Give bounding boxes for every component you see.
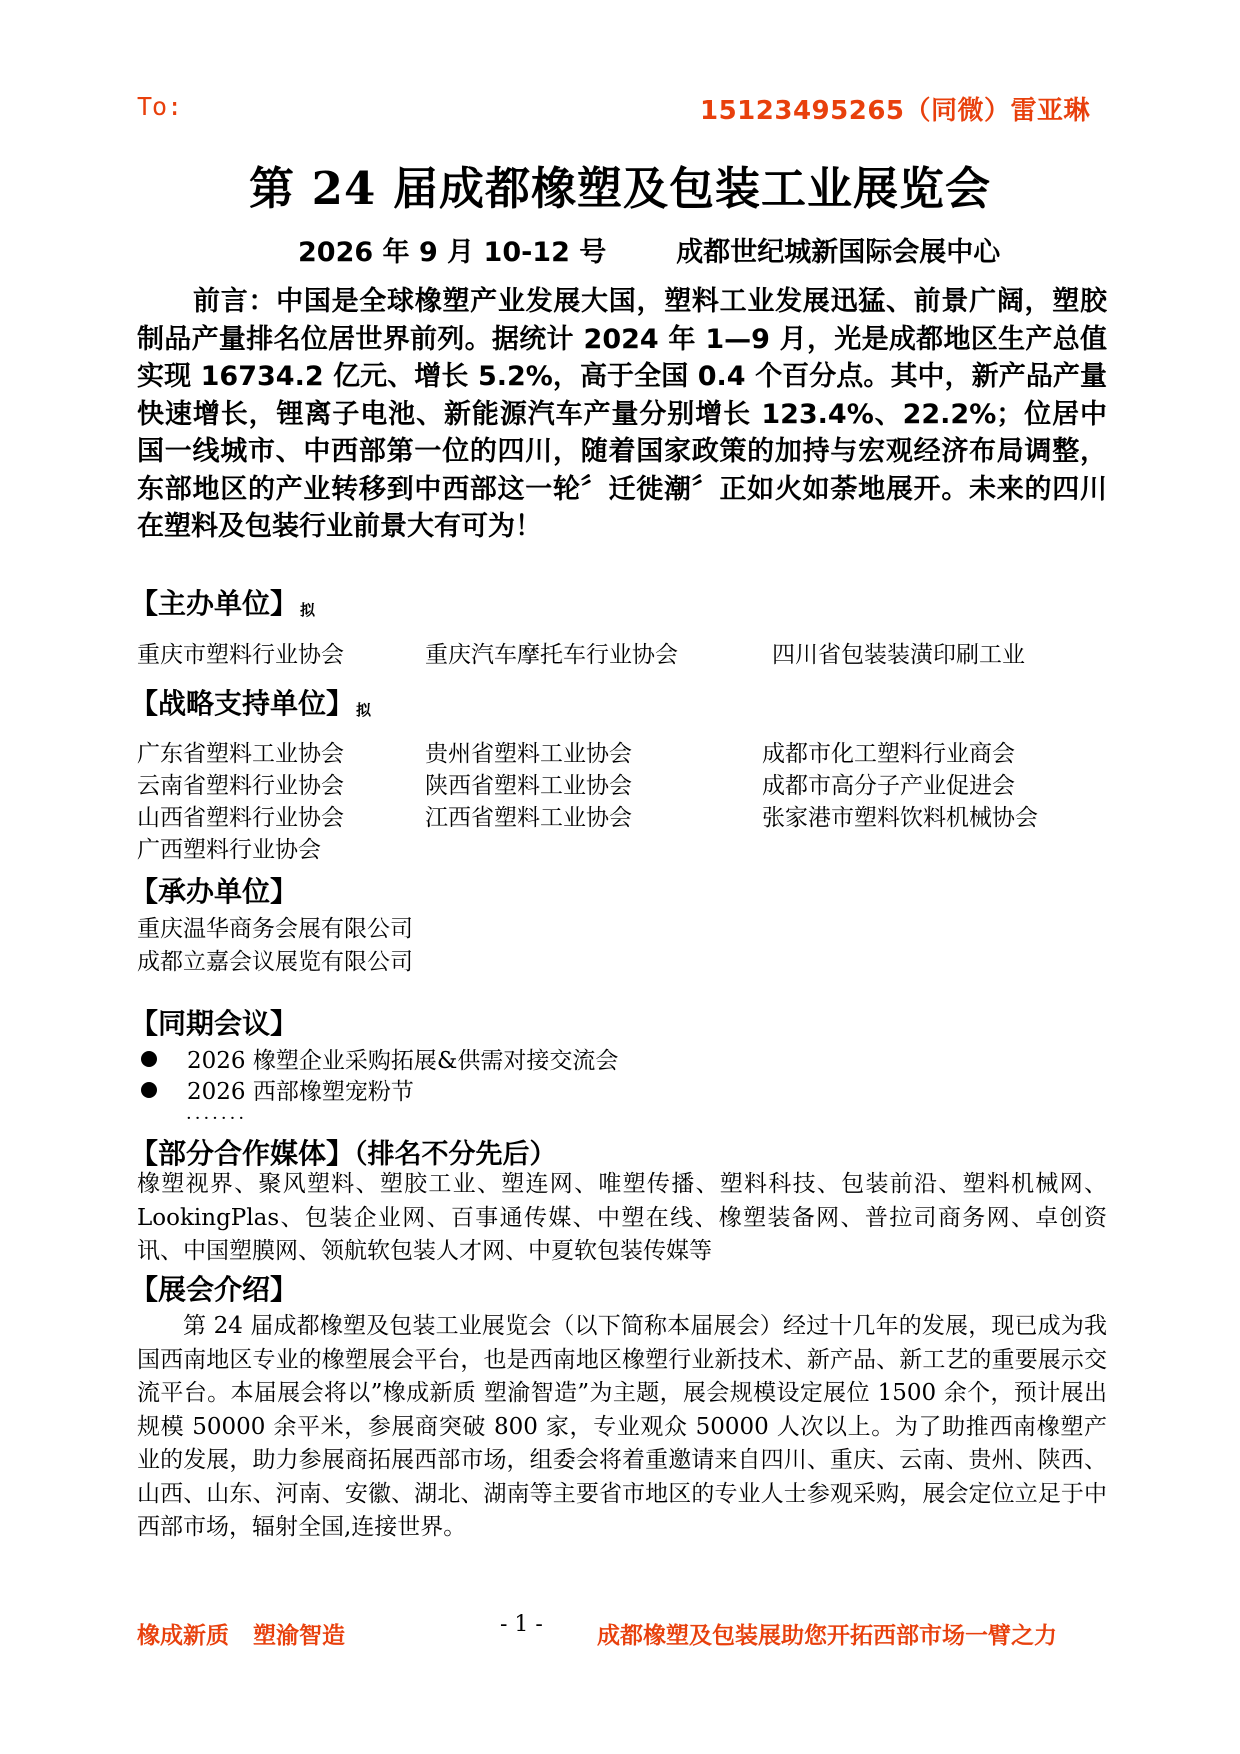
supporter-item: 广东省塑料工业协会 bbox=[137, 735, 344, 768]
concurrent-item: 2026 西部橡塑宠粉节 bbox=[137, 1073, 414, 1106]
bullet-icon bbox=[141, 1051, 157, 1067]
footer-tagline: 成都橡塑及包装展助您开拓西部市场一臂之力 bbox=[597, 1617, 1057, 1650]
supporter-item: 云南省塑料行业协会 bbox=[137, 767, 344, 800]
supporter-item: 广西塑料行业协会 bbox=[137, 831, 321, 864]
supporter-item: 江西省塑料工业协会 bbox=[425, 799, 632, 832]
supporter-item: 山西省塑料行业协会 bbox=[137, 799, 344, 832]
expo-intro-heading: 【展会介绍】 bbox=[130, 1268, 298, 1308]
page-number: - 1 - bbox=[500, 1612, 543, 1637]
event-subtitle: 2026 年 9 月 10-12 号成都世纪城新国际会展中心 bbox=[298, 230, 1000, 269]
tentative-note: 拟 bbox=[300, 601, 315, 619]
organizer-item: 重庆汽车摩托车行业协会 bbox=[425, 636, 678, 669]
tentative-note: 拟 bbox=[356, 701, 371, 719]
supporter-item: 张家港市塑料饮料机械协会 bbox=[762, 799, 1038, 832]
concurrent-item: 2026 橡塑企业采购拓展&供需对接交流会 bbox=[137, 1042, 618, 1075]
expo-intro-paragraph: 第 24 届成都橡塑及包装工业展览会（以下简称本届展会）经过十几年的发展，现已成… bbox=[137, 1310, 1107, 1545]
bullet-icon bbox=[141, 1082, 157, 1098]
concurrent-heading: 【同期会议】 bbox=[130, 1002, 298, 1042]
footer-slogan: 橡成新质塑渝智造 bbox=[137, 1617, 345, 1650]
supporter-item: 成都市化工塑料行业商会 bbox=[762, 735, 1015, 768]
supporter-item: 成都市高分子产业促进会 bbox=[762, 767, 1015, 800]
media-list: 橡塑视界、聚风塑料、塑胶工业、塑连网、唯塑传播、塑料科技、包装前沿、塑料机械网、… bbox=[137, 1168, 1107, 1269]
contact-info: 15123495265（同微）雷亚琳 bbox=[700, 90, 1090, 127]
undertakers-heading: 【承办单位】 bbox=[130, 870, 298, 910]
media-note: （排名不分先后） bbox=[354, 1139, 557, 1170]
organizer-item: 重庆市塑料行业协会 bbox=[137, 636, 344, 669]
ellipsis: ······· bbox=[186, 1108, 247, 1129]
supporters-heading: 【战略支持单位】拟 bbox=[130, 682, 371, 722]
undertaker-item: 成都立嘉会议展览有限公司 bbox=[137, 943, 413, 976]
page-title: 第 24 届成都橡塑及包装工业展览会 bbox=[0, 152, 1240, 217]
organizers-heading: 【主办单位】拟 bbox=[130, 582, 315, 622]
preface-paragraph: 前言：中国是全球橡塑产业发展大国，塑料工业发展迅猛、前景广阔，塑胶制品产量排名位… bbox=[137, 283, 1107, 546]
media-heading: 【部分合作媒体】（排名不分先后） bbox=[130, 1132, 557, 1172]
event-venue: 成都世纪城新国际会展中心 bbox=[676, 237, 1000, 268]
undertaker-item: 重庆温华商务会展有限公司 bbox=[137, 910, 413, 943]
supporter-item: 贵州省塑料工业协会 bbox=[425, 735, 632, 768]
organizer-item: 四川省包装装潢印刷工业 bbox=[772, 636, 1025, 669]
to-label: To: bbox=[137, 92, 182, 121]
event-date: 2026 年 9 月 10-12 号 bbox=[298, 237, 606, 268]
supporter-item: 陕西省塑料工业协会 bbox=[425, 767, 632, 800]
